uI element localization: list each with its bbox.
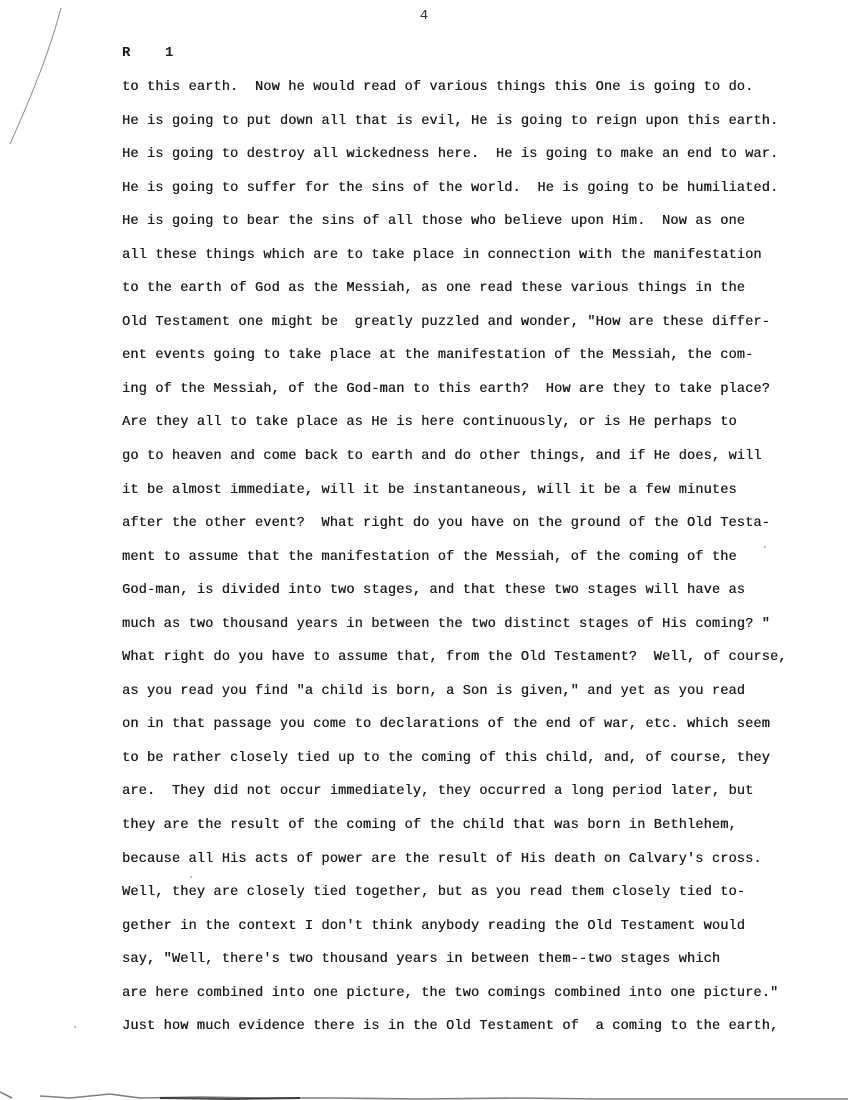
paper-speck xyxy=(764,546,766,548)
text-line: go to heaven and come back to earth and … xyxy=(122,447,802,481)
text-line: after the other event? What right do you… xyxy=(122,514,802,548)
text-line: all these things which are to take place… xyxy=(122,246,802,280)
text-line: to this earth. Now he would read of vari… xyxy=(122,78,802,112)
section-label: R 1 xyxy=(122,45,174,61)
text-line: are. They did not occur immediately, the… xyxy=(122,782,802,816)
paper-speck xyxy=(74,1026,76,1028)
page-number: 4 xyxy=(0,8,848,24)
text-line: it be almost immediate, will it be insta… xyxy=(122,481,802,515)
text-line: gether in the context I don't think anyb… xyxy=(122,917,802,951)
typed-body-text: to this earth. Now he would read of vari… xyxy=(122,78,802,1051)
text-line: to be rather closely tied up to the comi… xyxy=(122,749,802,783)
scan-bottom-edge xyxy=(0,1086,848,1100)
text-line: Well, they are closely tied together, bu… xyxy=(122,883,802,917)
text-line: say, "Well, there's two thousand years i… xyxy=(122,950,802,984)
text-line: He is going to put down all that is evil… xyxy=(122,112,802,146)
text-line: ing of the Messiah, of the God-man to th… xyxy=(122,380,802,414)
text-line: What right do you have to assume that, f… xyxy=(122,648,802,682)
document-page: 4 R 1 to this earth. Now he would read o… xyxy=(0,0,848,1100)
paper-speck xyxy=(190,876,192,878)
text-line: He is going to bear the sins of all thos… xyxy=(122,212,802,246)
text-line: much as two thousand years in between th… xyxy=(122,615,802,649)
pen-stroke-mark xyxy=(6,6,66,146)
text-line: as you read you find "a child is born, a… xyxy=(122,682,802,716)
text-line: Old Testament one might be greatly puzzl… xyxy=(122,313,802,347)
text-line: are here combined into one picture, the … xyxy=(122,984,802,1018)
text-line: He is going to suffer for the sins of th… xyxy=(122,179,802,213)
text-line: Just how much evidence there is in the O… xyxy=(122,1017,802,1051)
text-line: because all His acts of power are the re… xyxy=(122,850,802,884)
text-line: to the earth of God as the Messiah, as o… xyxy=(122,279,802,313)
text-line: on in that passage you come to declarati… xyxy=(122,715,802,749)
text-line: they are the result of the coming of the… xyxy=(122,816,802,850)
text-line: ment to assume that the manifestation of… xyxy=(122,548,802,582)
text-line: Are they all to take place as He is here… xyxy=(122,413,802,447)
text-line: God-man, is divided into two stages, and… xyxy=(122,581,802,615)
text-line: He is going to destroy all wickedness he… xyxy=(122,145,802,179)
text-line: ent events going to take place at the ma… xyxy=(122,346,802,380)
